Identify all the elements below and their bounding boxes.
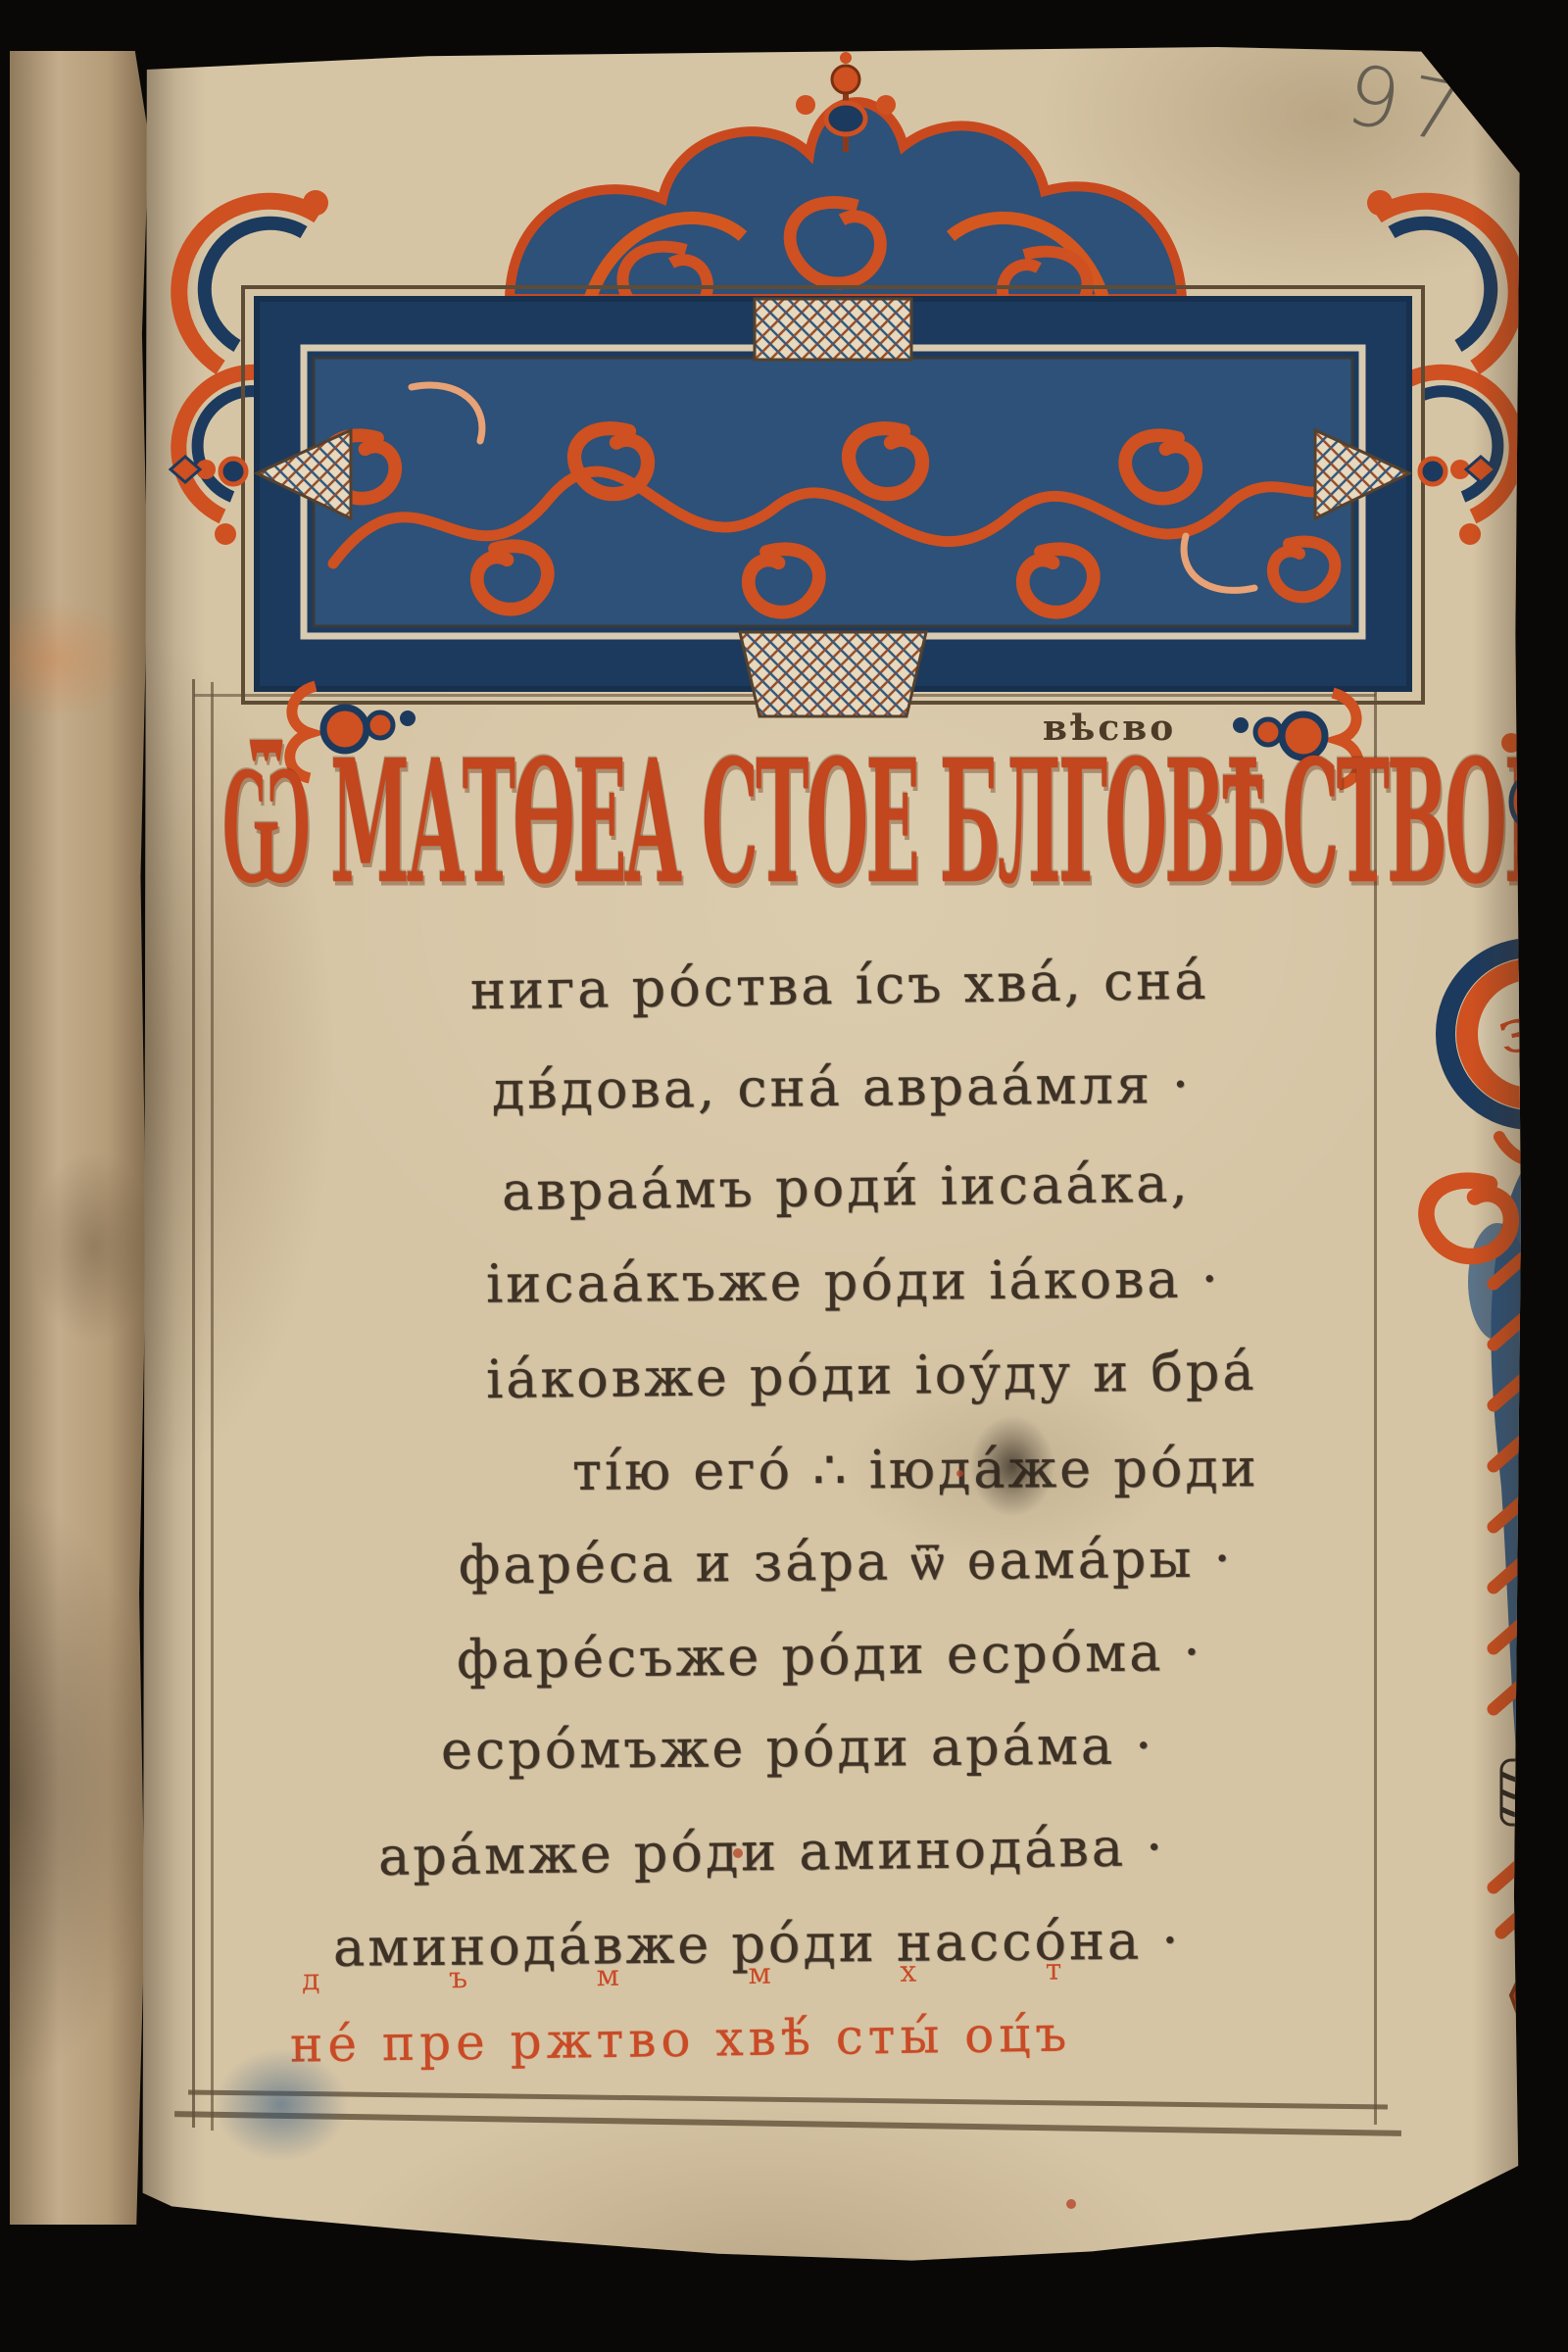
manuscript-photo: 97 <box>0 0 1568 2352</box>
body-line-1: нига ро́ства і́съ хва́, сна́ <box>470 950 1209 1022</box>
margin-bud-icon <box>1501 733 1543 861</box>
feather-collar <box>1501 1760 1568 1825</box>
body-line-6: ті́ю его́ ∴ іюда́же ро́ди <box>572 1437 1259 1502</box>
red-speck <box>956 1470 963 1477</box>
body-line-3: авраа́мъ роди́ іисаа́ка, <box>502 1152 1191 1223</box>
medallion-text-zach: за <box>1492 983 1568 1069</box>
red-speck <box>1066 2199 1076 2209</box>
red-speck <box>733 1848 743 1858</box>
rubric-line: не́ пре ржтво хвѣ́ сты́ оц́ъ <box>290 2005 1072 2073</box>
feather-tail <box>1511 1934 1568 2076</box>
gospel-title-superscript: вѣсво <box>1043 708 1176 749</box>
medallion-sup: ч <box>1549 958 1568 1000</box>
headpiece-ornament <box>167 54 1529 750</box>
body-line-2: дв́дова, сна́ авраа́мля · <box>492 1053 1193 1121</box>
headpiece-lattice-pendant <box>740 632 926 716</box>
body-line-5: іа́ковже ро́ди іоу́ду и бра́ <box>486 1341 1257 1410</box>
previous-leaf-edge <box>10 51 149 2225</box>
margin-ornament: за ч а <box>1254 674 1568 2115</box>
zachalo-medallion: за ч а <box>1445 948 1568 1126</box>
feather-tail-blue-tip <box>1523 2064 1558 2111</box>
body-line-7: фаре́са и за́ра ѿ ѳама́ры · <box>459 1528 1234 1596</box>
body-line-4: іисаа́къже ро́ди іа́кова · <box>486 1248 1221 1314</box>
body-line-9: есро́мъже ро́ди ара́ма · <box>441 1714 1155 1781</box>
feather-ornament <box>1494 1208 1568 1934</box>
ink-blot <box>970 1415 1054 1517</box>
body-line-8: фаре́съже ро́ди есро́ма · <box>457 1621 1203 1690</box>
headpiece-lattice-top <box>755 299 911 360</box>
body-line-10: ара́мже ро́ди аминода́ва · <box>378 1816 1166 1887</box>
manuscript-page: 97 <box>137 47 1521 2301</box>
medallion-text-a: а <box>1540 1048 1568 1118</box>
blue-paint-smudge <box>188 2027 374 2183</box>
